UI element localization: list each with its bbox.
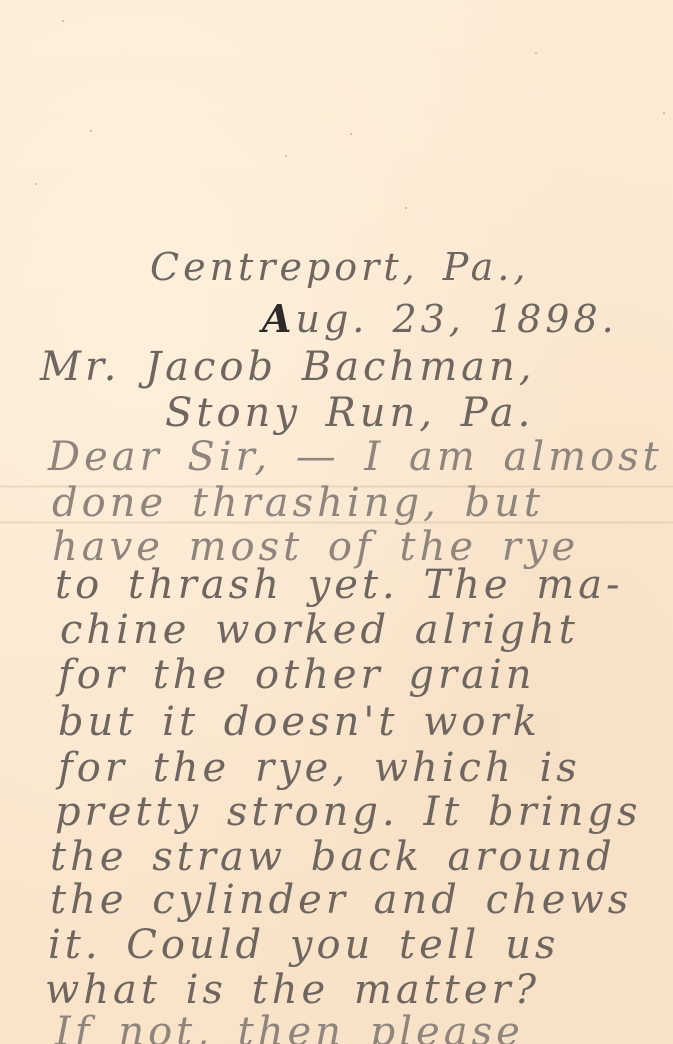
date-initial: A bbox=[262, 296, 295, 341]
letter-place: Centreport, Pa., bbox=[150, 248, 529, 286]
paper-speck bbox=[35, 183, 37, 185]
body-line: it. Could you tell us bbox=[48, 925, 559, 965]
body-line: Dear Sir, — I am almost bbox=[48, 437, 663, 477]
paper-speck bbox=[663, 112, 665, 114]
body-line: If not, then please bbox=[55, 1012, 524, 1044]
body-line: pretty strong. It brings bbox=[55, 792, 641, 832]
paper-speck bbox=[405, 207, 407, 209]
body-line: for the rye, which is bbox=[58, 748, 581, 788]
date-rest: ug. 23, 1898. bbox=[295, 297, 617, 341]
paper-speck bbox=[350, 133, 352, 135]
paper-speck bbox=[62, 20, 64, 22]
addressee-location: Stony Run, Pa. bbox=[165, 393, 534, 433]
body-line: what is the matter? bbox=[45, 970, 540, 1010]
paper-speck bbox=[90, 130, 92, 132]
addressee-name: Mr. Jacob Bachman, bbox=[40, 347, 535, 387]
body-line: have most of the rye bbox=[52, 527, 579, 567]
paper-speck bbox=[535, 52, 537, 54]
body-line: done thrashing, but bbox=[52, 483, 544, 523]
body-line: to thrash yet. The ma- bbox=[55, 565, 624, 605]
letter-date: Aug. 23, 1898. bbox=[262, 300, 618, 338]
letter-page: Centreport, Pa., Aug. 23, 1898. Mr. Jaco… bbox=[0, 0, 673, 1044]
body-line: for the other grain bbox=[58, 655, 536, 695]
paper-speck bbox=[285, 155, 287, 157]
body-line: the cylinder and chews bbox=[50, 880, 632, 920]
body-line: but it doesn't work bbox=[58, 702, 541, 742]
body-line: the straw back around bbox=[50, 837, 616, 877]
body-line: chine worked alright bbox=[60, 610, 579, 650]
